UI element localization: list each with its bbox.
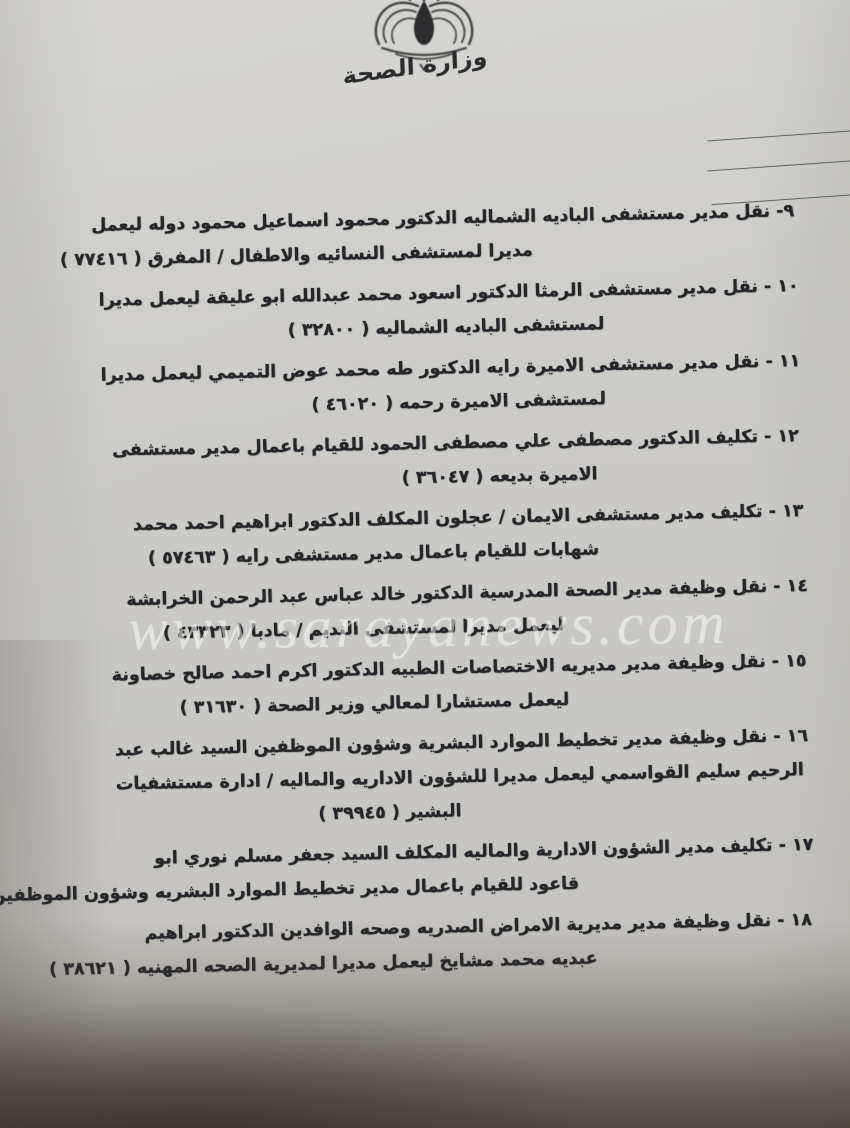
list-item-10: ١٠ - نقل مدير مستشفى الرمثا الدكتور اسعو…	[0, 268, 845, 354]
transfer-list: ٩- نقل مدير مستشفى الباديه الشماليه الدك…	[0, 193, 850, 995]
list-item-11: ١١ - نقل مدير مستشفى الاميرة رايه الدكتو…	[0, 343, 846, 429]
list-item-15: ١٥ - نقل وظيفة مدير مديريه الاختصاصات ال…	[1, 643, 850, 729]
list-item-9: ٩- نقل مدير مستشفى الباديه الشماليه الدك…	[0, 193, 843, 279]
signature-rule-line	[707, 160, 850, 171]
list-item-17: ١٧ - تكليف مدير الشؤون الادارية والماليه…	[5, 827, 850, 913]
scanned-document-page: وزارة الصحة ٩- نقل مدير مستشفى الباديه ا…	[0, 0, 850, 1128]
list-item-12: ١٢ - تكليف الدكتور مصطفى علي مصطفى الحمو…	[0, 418, 848, 504]
list-item-14: ١٤ - نقل وظيفة مدير الصحة المدرسية الدكت…	[0, 568, 850, 654]
list-item-16: ١٦ - نقل وظيفة مدير تخطيط الموارد البشري…	[3, 718, 850, 838]
list-item-13: ١٣ - تكليف مدير مستشفى الايمان / عجلون ا…	[0, 493, 849, 579]
signature-rule-line	[707, 130, 850, 141]
bottom-shadow	[0, 918, 850, 1128]
